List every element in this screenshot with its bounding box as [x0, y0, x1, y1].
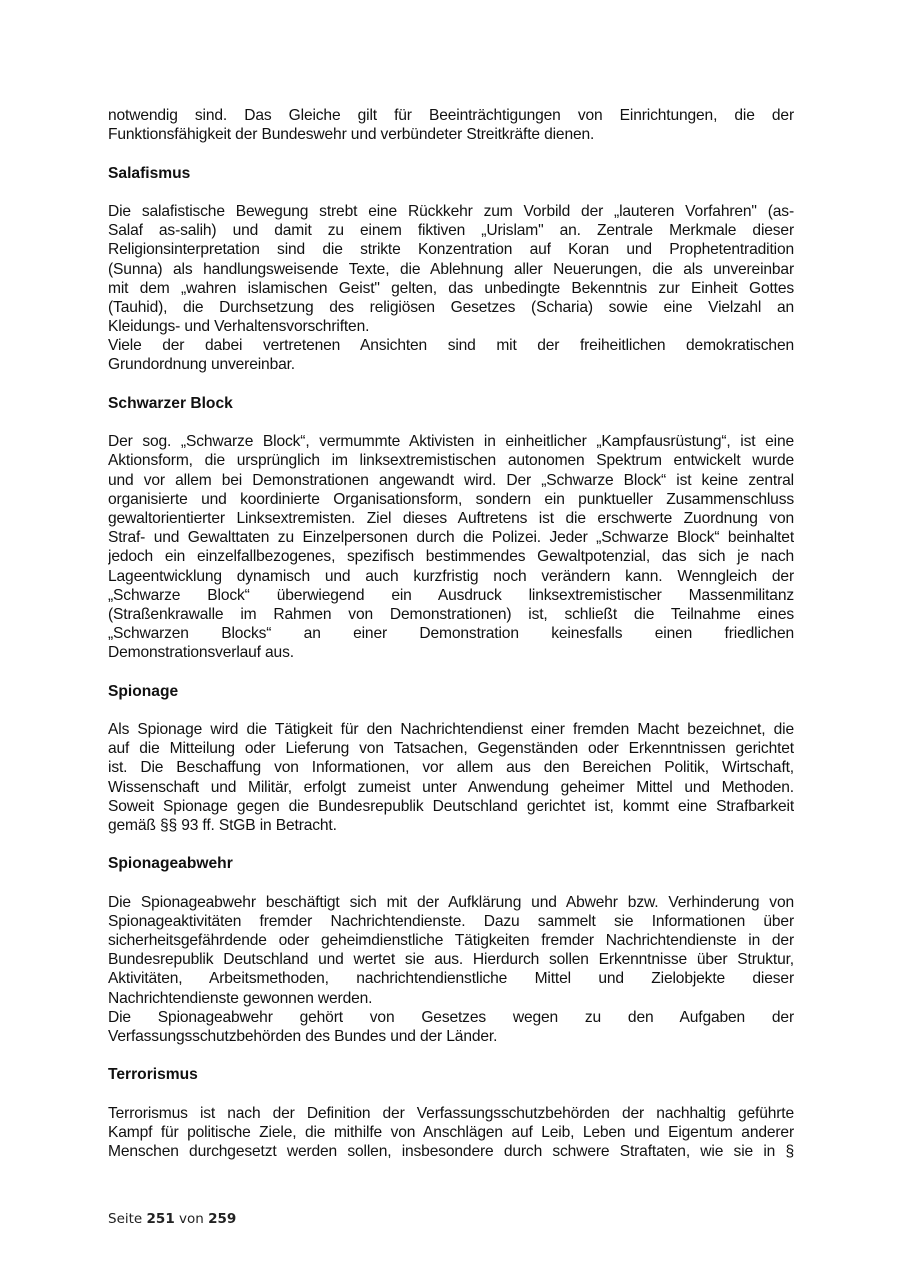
text-line: Menschen durchgesetzt werden sollen, ins…	[108, 1142, 794, 1161]
text-line: jedoch ein einzelfallbezogenes, spezifis…	[108, 547, 794, 566]
section-paragraph: Als Spionage wird die Tätigkeit für den …	[108, 720, 794, 835]
footer-separator: von	[179, 1211, 204, 1227]
text-line: Salaf as-salih) und damit zu einem fikti…	[108, 221, 794, 240]
section-heading: Terrorismus	[108, 1065, 794, 1084]
text-line: Die Spionageabwehr beschäftigt sich mit …	[108, 893, 794, 912]
text-line: Kampf für politische Ziele, die mithilfe…	[108, 1123, 794, 1142]
text-line: Demonstrationsverlauf aus.	[108, 643, 794, 662]
text-line: Bundesrepublik Deutschland und wertet si…	[108, 950, 794, 969]
text-line: mit dem „wahren islamischen Geist" gelte…	[108, 279, 794, 298]
section-schwarzer-block: Schwarzer BlockDer sog. „Schwarze Block“…	[108, 394, 794, 663]
text-line: gemäß §§ 93 ff. StGB in Betracht.	[108, 816, 794, 835]
text-line: gewaltorientierter Linksextremisten. Zie…	[108, 509, 794, 528]
text-line: Straf- und Gewalttaten zu Einzelpersonen…	[108, 528, 794, 547]
text-line: Nachrichtendienste gewonnen werden.	[108, 989, 794, 1008]
text-line: Funktionsfähigkeit der Bundeswehr und ve…	[108, 125, 794, 144]
section-paragraph: Terrorismus ist nach der Definition der …	[108, 1104, 794, 1162]
section-paragraph: Die salafistische Bewegung strebt eine R…	[108, 202, 794, 375]
section-heading: Salafismus	[108, 164, 794, 183]
text-line: Kleidungs- und Verhaltensvorschriften.	[108, 317, 794, 336]
text-line: Lageentwicklung dynamisch und auch kurzf…	[108, 567, 794, 586]
text-line: Wissenschaft und Militär, erfolgt zumeis…	[108, 778, 794, 797]
text-line: Verfassungsschutzbehörden des Bundes und…	[108, 1027, 794, 1046]
section-spionage: SpionageAls Spionage wird die Tätigkeit …	[108, 682, 794, 836]
section-heading: Spionage	[108, 682, 794, 701]
page-footer: Seite 251 von 259	[108, 1211, 236, 1227]
text-line: Als Spionage wird die Tätigkeit für den …	[108, 720, 794, 739]
current-page-number: 251	[147, 1211, 175, 1227]
text-line: auf die Mitteilung oder Lieferung von Ta…	[108, 739, 794, 758]
section-spionageabwehr: SpionageabwehrDie Spionageabwehr beschäf…	[108, 854, 794, 1046]
text-line: Der sog. „Schwarze Block“, vermummte Akt…	[108, 432, 794, 451]
section-heading: Schwarzer Block	[108, 394, 794, 413]
text-line: „Schwarzen Blocks“ an einer Demonstratio…	[108, 624, 794, 643]
section-salafismus: SalafismusDie salafistische Bewegung str…	[108, 164, 794, 375]
text-line: Die salafistische Bewegung strebt eine R…	[108, 202, 794, 221]
text-line: Spionageaktivitäten fremder Nachrichtend…	[108, 912, 794, 931]
text-line: Viele der dabei vertretenen Ansichten si…	[108, 336, 794, 355]
text-line: (Tauhid), die Durchsetzung des religiöse…	[108, 298, 794, 317]
text-line: ist. Die Beschaffung von Informationen, …	[108, 758, 794, 777]
text-line: (Straßenkrawalle im Rahmen von Demonstra…	[108, 605, 794, 624]
text-line: „Schwarze Block“ überwiegend ein Ausdruc…	[108, 586, 794, 605]
text-line: Grundordnung unvereinbar.	[108, 355, 794, 374]
glossary-sections: SalafismusDie salafistische Bewegung str…	[108, 164, 794, 1162]
text-line: Soweit Spionage gegen die Bundesrepublik…	[108, 797, 794, 816]
document-page: notwendig sind. Das Gleiche gilt für Bee…	[108, 106, 794, 1161]
text-line: Aktivitäten, Arbeitsmethoden, nachrichte…	[108, 969, 794, 988]
intro-paragraph: notwendig sind. Das Gleiche gilt für Bee…	[108, 106, 794, 144]
section-terrorismus: TerrorismusTerrorismus ist nach der Defi…	[108, 1065, 794, 1161]
text-line: organisierte und koordinierte Organisati…	[108, 490, 794, 509]
text-line: Terrorismus ist nach der Definition der …	[108, 1104, 794, 1123]
section-paragraph: Die Spionageabwehr beschäftigt sich mit …	[108, 893, 794, 1047]
text-line: Religionsinterpretation sind die strikte…	[108, 240, 794, 259]
footer-prefix: Seite	[108, 1211, 142, 1227]
text-line: und vor allem bei Demonstrationen angewa…	[108, 471, 794, 490]
section-paragraph: Der sog. „Schwarze Block“, vermummte Akt…	[108, 432, 794, 662]
text-line: (Sunna) als handlungsweisende Texte, die…	[108, 260, 794, 279]
total-pages-number: 259	[208, 1211, 236, 1227]
text-line: Die Spionageabwehr gehört von Gesetzes w…	[108, 1008, 794, 1027]
text-line: Aktionsform, die ursprünglich im linksex…	[108, 451, 794, 470]
section-heading: Spionageabwehr	[108, 854, 794, 873]
text-line: sicherheitsgefährdende oder geheimdienst…	[108, 931, 794, 950]
text-line: notwendig sind. Das Gleiche gilt für Bee…	[108, 106, 794, 125]
